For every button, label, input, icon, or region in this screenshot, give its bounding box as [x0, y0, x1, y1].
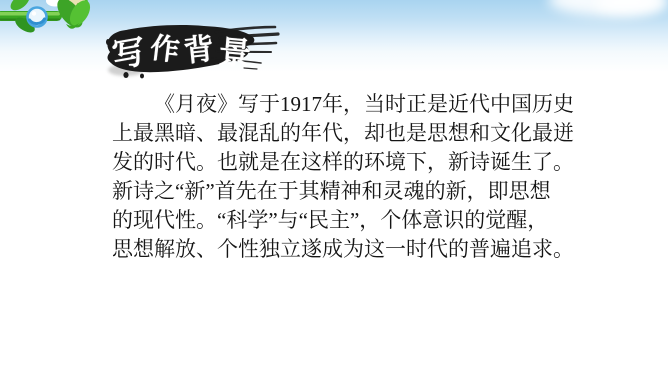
- slide-background: 写 作 背 景 《月夜》写于1917年，当时正是近代中国历史 上最黑暗、最混乱的…: [0, 0, 668, 376]
- text-line: 新诗之“新”首先在于其精神和灵魂的新，即思想: [112, 177, 580, 206]
- text-line: 思想解放、个性独立遂成为这一时代的普遍追求。: [112, 235, 580, 264]
- page-title: 写 作 背 景: [112, 30, 242, 72]
- text-line: 《月夜》写于1917年，当时正是近代中国历史: [112, 90, 580, 119]
- title-banner: 写 作 背 景: [96, 18, 280, 82]
- ink-drip: [140, 74, 144, 79]
- text-line: 上最黑暗、最混乱的年代，却也是思想和文化最迸: [112, 119, 580, 148]
- body-paragraph: 《月夜》写于1917年，当时正是近代中国历史 上最黑暗、最混乱的年代，却也是思想…: [112, 90, 580, 264]
- text-line: 发的时代。也就是在这样的环境下，新诗诞生了。: [112, 148, 580, 177]
- title-char: 作: [149, 33, 181, 65]
- title-char: 背: [183, 35, 216, 68]
- title-char: 写: [110, 34, 148, 72]
- title-char: 景: [218, 36, 253, 71]
- text-line: 的现代性。“科学”与“民主”，个体意识的觉醒，: [112, 206, 580, 235]
- droplet-highlight: [32, 11, 36, 15]
